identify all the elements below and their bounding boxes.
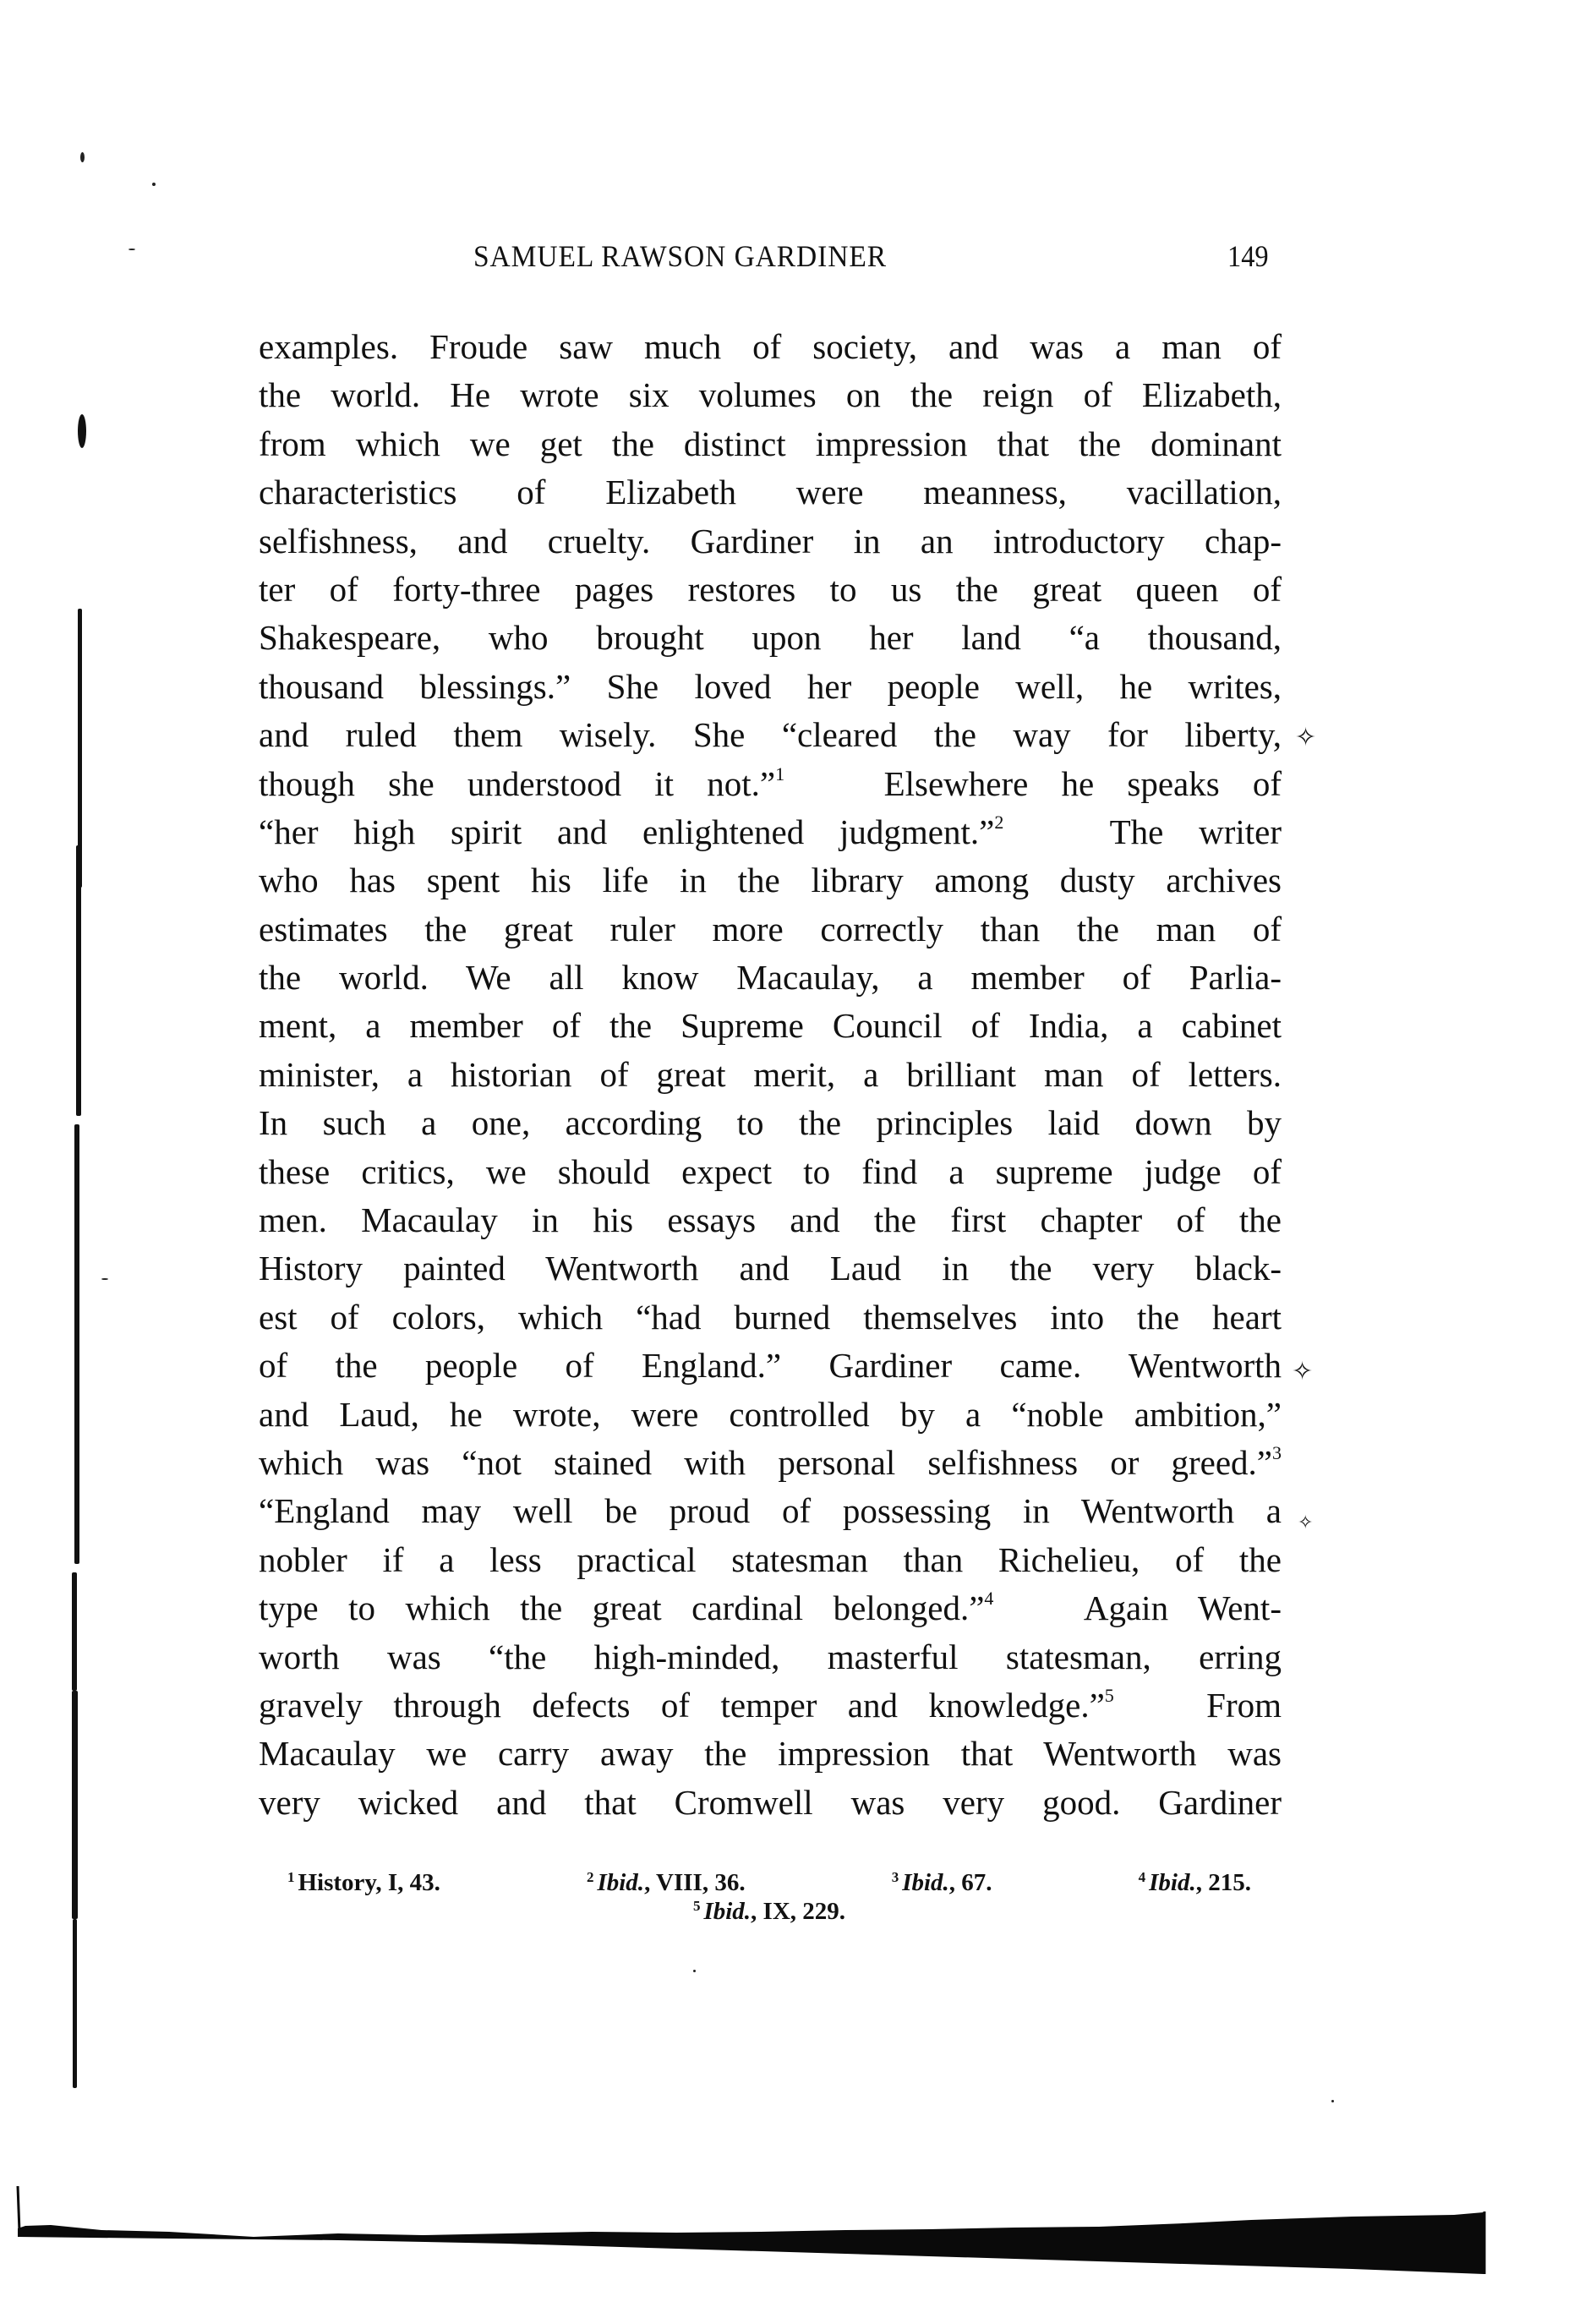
speck (693, 1970, 696, 1972)
footnote-text: , 215. (1196, 1869, 1251, 1896)
text-line: worth was “the high-minded, masterful st… (259, 1633, 1282, 1681)
footnote-number: 5 (693, 1898, 701, 1914)
footnote-number: 4 (1139, 1869, 1146, 1885)
footnote-2: 2Ibid., VIII, 36. (587, 1868, 746, 1897)
text-segment: gravely through defects of temper and kn… (259, 1686, 1105, 1725)
footnote-row: 5Ibid., IX, 229. (254, 1897, 1285, 1926)
text-line-with-note: gravely through defects of temper and kn… (259, 1681, 1282, 1730)
footnotes: 1History, I, 43. 2Ibid., VIII, 36. 3Ibid… (254, 1868, 1285, 1926)
speck (101, 1278, 108, 1280)
footnote-ref-1: 1 (775, 763, 784, 785)
footnote-ibid: Ibid. (902, 1869, 949, 1896)
speck (80, 152, 85, 162)
text-line: and ruled them wisely. She “cleared the … (259, 711, 1282, 759)
footnote-number: 2 (587, 1869, 594, 1885)
margin-mark-icon: ✧ (1292, 1359, 1313, 1385)
text-segment: though she understood it not.” (259, 764, 775, 803)
text-line: Shakespeare, who brought upon her land “… (259, 614, 1282, 662)
text-segment: Again Went- (1084, 1588, 1282, 1627)
text-line: ment, a member of the Supreme Council of… (259, 1002, 1282, 1050)
speck (1331, 2100, 1334, 2102)
text-line: examples. Froude saw much of society, an… (259, 323, 1282, 371)
footnote-text: , 67. (949, 1869, 992, 1896)
page-edge-shadow (0, 2156, 1596, 2318)
text-line: who has spent his life in the library am… (259, 856, 1282, 905)
text-segment: The writer (1110, 812, 1282, 851)
text-line: selfishness, and cruelty. Gardiner in an… (259, 517, 1282, 566)
footnote-ref-3: 3 (1272, 1442, 1282, 1463)
text-line-with-note: “her high spirit and enlightened judgmen… (259, 808, 1282, 856)
text-line: nobler if a less practical statesman tha… (259, 1536, 1282, 1584)
gutter-line (74, 1124, 79, 1564)
gutter-line (76, 845, 81, 1116)
text-line: In such a one, according to the principl… (259, 1099, 1282, 1147)
footnote-ibid: Ibid. (597, 1869, 644, 1896)
footnote-text: History, I, 43. (298, 1869, 440, 1896)
margin-mark-icon: ✧ (1295, 725, 1316, 751)
page-number: 149 (1227, 238, 1269, 274)
text-segment: which was “not stained with personal sel… (259, 1443, 1272, 1482)
footnote-ibid: Ibid. (1149, 1869, 1196, 1896)
footnote-number: 3 (892, 1869, 899, 1885)
text-line: men. Macaulay in his essays and the firs… (259, 1196, 1282, 1244)
text-line: Macaulay we carry away the impression th… (259, 1730, 1282, 1778)
text-line: thousand blessings.” She loved her peopl… (259, 663, 1282, 711)
gutter-line (73, 1919, 77, 2088)
text-line-with-note: type to which the great cardinal belonge… (259, 1584, 1282, 1632)
footnote-ibid: Ibid. (703, 1898, 751, 1925)
text-line: ter of forty-three pages restores to us … (259, 566, 1282, 614)
running-title: SAMUEL RAWSON GARDINER (473, 238, 887, 274)
text-line-with-note: which was “not stained with personal sel… (259, 1439, 1282, 1487)
text-segment: “her high spirit and enlightened judgmen… (259, 812, 994, 851)
footnote-ref-5: 5 (1105, 1685, 1114, 1706)
text-line: estimates the great ruler more correctly… (259, 905, 1282, 954)
text-line-with-note: though she understood it not.”1 Elsewher… (259, 760, 1282, 808)
text-line: minister, a historian of great merit, a … (259, 1051, 1282, 1099)
text-segment: From (1206, 1686, 1282, 1725)
text-line: “England may well be proud of possessing… (259, 1487, 1282, 1535)
text-line: these critics, we should expect to find … (259, 1148, 1282, 1196)
text-line: the world. We all know Macaulay, a membe… (259, 954, 1282, 1002)
text-line: from which we get the distinct impressio… (259, 420, 1282, 468)
speck (128, 249, 135, 250)
footnote-row: 1History, I, 43. 2Ibid., VIII, 36. 3Ibid… (254, 1868, 1285, 1897)
text-line: est of colors, which “had burned themsel… (259, 1293, 1282, 1342)
book-page: SAMUEL RAWSON GARDINER 149 examples. Fro… (0, 0, 1596, 2318)
text-segment: type to which the great cardinal belonge… (259, 1588, 984, 1627)
footnote-3: 3Ibid., 67. (892, 1868, 992, 1897)
text-line: the world. He wrote six volumes on the r… (259, 371, 1282, 419)
speck (152, 183, 156, 186)
body-text: examples. Froude saw much of society, an… (259, 323, 1282, 1827)
text-segment: Elsewhere he speaks of (884, 764, 1282, 803)
running-head: SAMUEL RAWSON GARDINER 149 (473, 238, 1319, 281)
footnote-number: 1 (287, 1869, 295, 1885)
gutter-blot (78, 414, 86, 448)
text-line: characteristics of Elizabeth were meanne… (259, 468, 1282, 517)
text-line: and Laud, he wrote, were controlled by a… (259, 1391, 1282, 1439)
gutter-line (72, 1691, 78, 1919)
text-line: History painted Wentworth and Laud in th… (259, 1244, 1282, 1293)
footnote-text: , IX, 229. (751, 1898, 845, 1925)
margin-mark-icon: ✧ (1298, 1513, 1313, 1532)
footnote-ref-4: 4 (984, 1588, 993, 1609)
text-line: of the people of England.” Gardiner came… (259, 1342, 1282, 1390)
text-line: very wicked and that Cromwell was very g… (259, 1779, 1282, 1827)
footnote-5: 5Ibid., IX, 229. (693, 1898, 845, 1925)
footnote-ref-2: 2 (994, 812, 1003, 833)
footnote-1: 1History, I, 43. (287, 1868, 440, 1897)
footnote-4: 4Ibid., 215. (1139, 1868, 1251, 1897)
footnote-text: , VIII, 36. (644, 1869, 746, 1896)
gutter-line (72, 1572, 77, 1691)
